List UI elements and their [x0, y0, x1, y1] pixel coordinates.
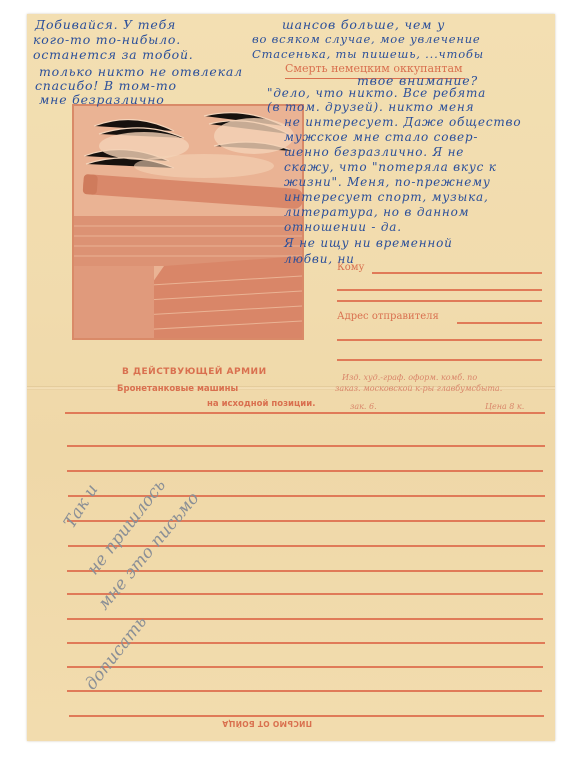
- writing-line[interactable]: [67, 593, 543, 595]
- writing-line[interactable]: [69, 715, 544, 717]
- handwriting-right-line: шансов больше, чем у: [282, 17, 445, 32]
- handwriting-left-line: Добивайся. У тебя: [35, 17, 176, 32]
- handwriting-right-line: "дело, что никто. Все ребята: [267, 86, 486, 101]
- to-line-1[interactable]: [372, 272, 542, 274]
- tank-gun-icon: [74, 106, 302, 338]
- tank-gun-illustration: [72, 104, 304, 340]
- handwriting-left-line: только никто не отвлекал: [39, 64, 243, 79]
- handwriting-right-line: не интересует. Даже общество: [284, 115, 521, 130]
- letter-sheet: Смерть немецким оккупантам: [27, 14, 555, 741]
- caption-subtitle: Бронетанковые машины: [117, 384, 238, 394]
- handwriting-right-line: (в том. друзей). никто меня: [267, 100, 474, 115]
- handwriting-right-line: скажу, что "потеряла вкус к: [284, 160, 497, 175]
- inverted-footer-text: ПИСЬМО ОТ БОЙЦА: [222, 719, 312, 728]
- imprint-line-1: Изд. худ.-граф. оформ. комб. по: [342, 373, 477, 382]
- to-line-2[interactable]: [337, 289, 542, 291]
- sender-line-3[interactable]: [337, 359, 542, 361]
- writing-line[interactable]: [65, 412, 545, 414]
- imprint-price: Цена 8 к.: [485, 402, 524, 411]
- caption-subtitle-2: на исходной позиции.: [207, 399, 315, 409]
- writing-line[interactable]: [67, 445, 545, 447]
- writing-line[interactable]: [67, 666, 543, 668]
- sender-line-1[interactable]: [457, 322, 542, 324]
- pencil-note-line: Так и: [60, 481, 102, 532]
- handwriting-right-line: отношении - да.: [284, 220, 402, 235]
- handwriting-right-line: Стасенька, ты пишешь, ...чтобы: [252, 47, 484, 62]
- handwriting-right-line: во всяком случае, мое увлечение: [252, 32, 481, 47]
- handwriting-right-line: шенно безразлично. Я не: [284, 145, 464, 160]
- caption-title: В ДЕЙСТВУЮЩЕЙ АРМИИ: [122, 367, 267, 377]
- handwriting-right-line: любви, ни: [284, 252, 355, 267]
- sender-line-2[interactable]: [337, 339, 542, 341]
- handwriting-right-line: интересует спорт, музыка,: [284, 190, 489, 205]
- writing-line[interactable]: [67, 470, 543, 472]
- handwriting-right-line: литература, но в данном: [284, 205, 469, 220]
- to-line-3[interactable]: [337, 300, 542, 302]
- handwriting-left-line: останется за тобой.: [33, 47, 194, 62]
- pencil-note-line: дописать: [81, 612, 151, 694]
- imprint-line-2: заказ. московской к-ры главбумсбыта.: [335, 384, 502, 393]
- handwriting-left-line: спасибо! В том-то: [35, 78, 177, 93]
- handwriting-left-line: кого-то то-нибыло.: [33, 32, 181, 47]
- imprint-order: зак. 6.: [350, 402, 377, 411]
- writing-line[interactable]: [67, 642, 545, 644]
- handwriting-right-line: Я не ищу ни временной: [284, 236, 453, 251]
- sender-label: Адрес отправителя: [337, 311, 439, 322]
- writing-line[interactable]: [67, 690, 542, 692]
- handwriting-left-line: мне безразлично: [39, 92, 165, 107]
- handwriting-right-line: мужское мне стало совер-: [284, 130, 478, 145]
- handwriting-right-line: жизни". Меня, по-прежнему: [284, 175, 491, 190]
